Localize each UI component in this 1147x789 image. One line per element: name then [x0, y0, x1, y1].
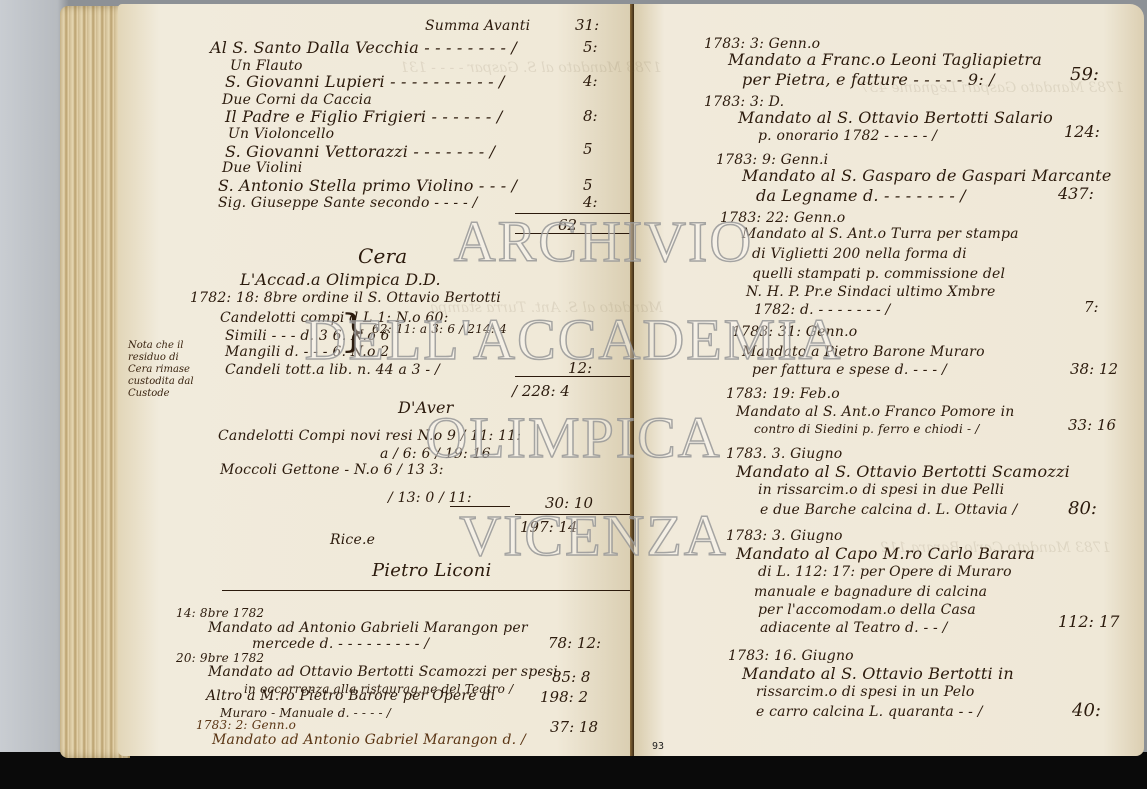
ledger-line: S. Giovanni Vettorazzi - - - - - - - / [225, 142, 495, 161]
ledger-line: Due Violini [222, 160, 302, 176]
entry-amount: 37: 18 [550, 718, 598, 736]
entry-text: Mandato ad Antonio Gabrieli Marangon per [208, 620, 528, 636]
subtotal-rule [515, 213, 630, 214]
cera-entry: 1782: 18: 8bre ordine il S. Ottavio Bert… [190, 290, 501, 306]
entry-date: 1783. 3. Giugno [726, 446, 842, 462]
bracket: } [340, 306, 368, 357]
ledger-line: Due Corni da Caccia [222, 92, 372, 108]
entry-date: 14: 8bre 1782 [176, 606, 264, 620]
ledger-line: S. Giovanni Lupieri - - - - - - - - - - … [225, 72, 505, 91]
avere-amount: 30: 10 [545, 494, 593, 512]
entry-amount: 124: [1064, 122, 1100, 141]
entry-line: da Legname d. - - - - - - - / [756, 186, 966, 205]
avere-line: Moccoli Gettone - N.o 6 / 13 3: [220, 462, 444, 478]
entry-line: Mandato a Pietro Barone Muraro [742, 344, 985, 360]
entry-line: per fattura e spese d. - - - / [752, 362, 947, 378]
ledger-line: S. Antonio Stella primo Violino - - - / [218, 176, 517, 195]
entry-line: di L. 112: 17: per Opere di Muraro [758, 564, 1012, 580]
entry-amount: 78: 12: [548, 634, 601, 652]
entry-date: 1783: 16. Giugno [728, 648, 854, 664]
entry-line: Mandato al S. Ant.o Turra per stampa [742, 226, 1019, 242]
entry-line: N. H. P. Pr.e Sindaci ultimo Xmbre [746, 284, 996, 300]
section-title-cera: Cera [358, 244, 407, 268]
entry-line: contro di Siedini p. ferro e chiodi - / [754, 422, 980, 436]
entry-amount: 59: [1070, 64, 1099, 85]
entry-amount: 437: [1058, 184, 1094, 203]
ledger-line: Un Violoncello [228, 126, 334, 142]
entry-line: Mandato al Capo M.ro Carlo Barara [736, 544, 1035, 563]
entry-date: 1783: 3. Giugno [726, 528, 843, 544]
avere-line: a / 6: 6 / 19: 16 [380, 446, 491, 462]
page-number: 93 [652, 741, 664, 752]
entry-line: di Viglietti 200 nella forma di [752, 246, 967, 262]
cera-amount: 12: [568, 359, 592, 377]
entry-amount: 112: 17 [1058, 612, 1119, 631]
entry-amount: 33: 16 [1068, 416, 1116, 434]
entry-line: rissarcim.o di spesi in un Pelo [756, 684, 975, 700]
grand-total: 197: 14 [520, 518, 578, 536]
entry-line: Mandato al S. Ottavio Bertotti in [742, 664, 1014, 683]
cera-total: / 228: 4 [512, 382, 570, 400]
entry-amount: 80: [1068, 498, 1097, 519]
grand-total-rule [515, 514, 630, 515]
entry-line: per l'accomodam.o della Casa [758, 602, 976, 618]
ledger-line: Sig. Giuseppe Sante secondo - - - - / [218, 195, 478, 211]
summa-header: Summa Avanti [425, 18, 530, 34]
cera-bracket-calc: 62: 11: a 3: 6 / 214: 4 [372, 322, 507, 336]
entry-line: Mandato al S. Ant.o Franco Pomore in [736, 404, 1014, 420]
subtotal-rule [515, 233, 630, 234]
background-shadow [0, 752, 1147, 789]
entry-text: Mandato ad Ottavio Bertotti Scamozzi per… [208, 664, 558, 680]
section-title-avere: D'Aver [398, 398, 454, 417]
entry-line: Mandato a Franc.o Leoni Tagliapietra [728, 50, 1042, 69]
ledger-amount: 8: [583, 107, 598, 125]
entry-amount: 7: [1084, 298, 1099, 316]
ledger-amount: 5: [583, 38, 598, 56]
entry-line: e carro calcina L. quaranta - - / [756, 704, 983, 720]
entry-amount: 85: 8 [552, 668, 590, 686]
signature-prefix: Rice.e [330, 532, 375, 548]
entry-date: 1783: 2: Genn.o [196, 718, 296, 732]
entry-line: 1782: d. - - - - - - - / [754, 302, 890, 318]
entry-line: per Pietra, e fatture - - - - - 9: / [742, 70, 995, 89]
ledger-line: Al S. Santo Dalla Vecchia - - - - - - - … [210, 38, 517, 57]
entry-date: 1783: 19: Feb.o [726, 386, 840, 402]
entry-date: 20: 9bre 1782 [176, 651, 264, 665]
avere-line: / 13: 0 / 11: [388, 490, 472, 506]
entry-amount: 198: 2 [540, 688, 588, 706]
entry-amount: 40: [1072, 700, 1101, 721]
subtotal-amount: 62 [558, 216, 577, 234]
ledger-amount: 4: [583, 72, 598, 90]
entry-line: manuale e bagnadure di calcina [754, 584, 987, 600]
summa-amount: 31: [575, 16, 599, 34]
avere-line: Candelotti Compi novi resi N.o 9 / 11: 1… [218, 428, 521, 444]
entry-date: 1783: 31: Genn.o [732, 324, 857, 340]
entry-line: Mandato al S. Gasparo de Gaspari Marcant… [742, 166, 1112, 185]
entry-date: 1783: 22: Genn.o [720, 210, 845, 226]
entry-line: Mandato al S. Ottavio Bertotti Salario [738, 108, 1053, 127]
total-rule [515, 376, 630, 377]
ledger-amount: 4: [583, 193, 598, 211]
ledger-amount: 5 [583, 140, 593, 158]
entry-amount: 38: 12 [1070, 360, 1118, 378]
entry-line: adiacente al Teatro d. - - / [760, 620, 948, 636]
entry-line: quelli stampati p. commissione del [752, 266, 1005, 282]
entry-line: Mandato al S. Ottavio Bertotti Scamozzi [736, 462, 1070, 481]
entry-line: in rissarcim.o di spesi in due Pelli [758, 482, 1004, 498]
ledger-line: Il Padre e Figlio Frigieri - - - - - - / [225, 107, 502, 126]
signature: Pietro Liconi [372, 560, 492, 581]
margin-note: Nota che il residuo di Cera rimase custo… [128, 340, 198, 400]
avere-rule [450, 506, 510, 507]
section-divider [222, 590, 630, 591]
entry-text: Mandato ad Antonio Gabriel Marangon d. / [212, 732, 526, 748]
entry-line: e due Barche calcina d. L. Ottavia / [760, 502, 1017, 518]
cera-heading: L'Accad.a Olimpica D.D. [240, 270, 441, 289]
cera-line: Candeli tott.a lib. n. 44 a 3 - / [225, 362, 440, 378]
entry-line: p. onorario 1782 - - - - - / [758, 128, 937, 144]
entry-text: Altro a M.ro Pietro Barore per Opere di [206, 688, 495, 704]
entry-text-cont: mercede d. - - - - - - - - - / [252, 636, 429, 652]
ledger-amount: 5 [583, 176, 593, 194]
